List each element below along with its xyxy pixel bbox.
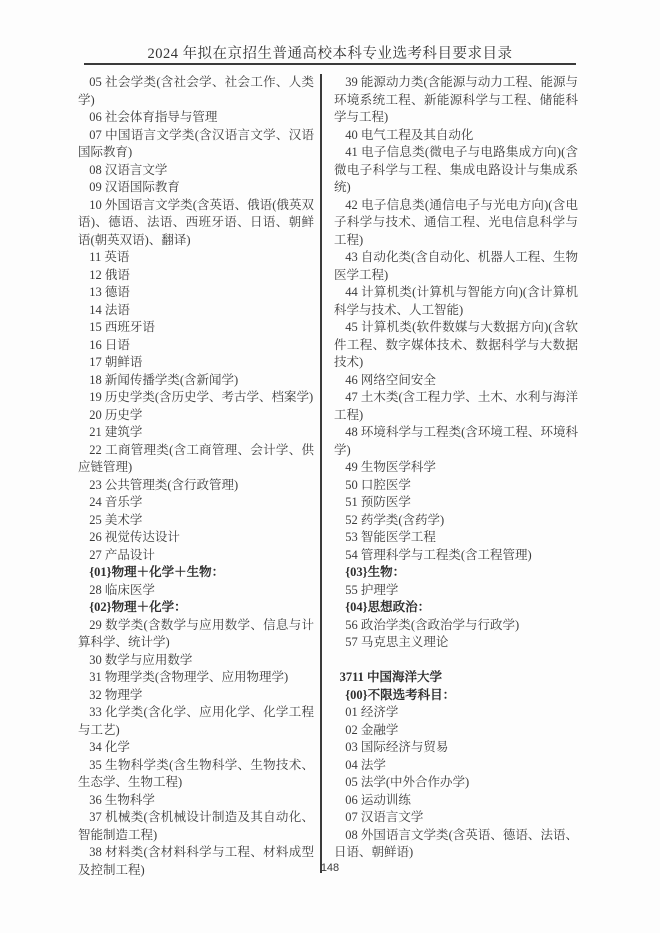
list-item: 19 历史学类(含历史学、考古学、档案学) xyxy=(78,389,314,407)
list-item: 39 能源动力类(含能源与动力工程、能源与环境系统工程、新能源科学与工程、储能科… xyxy=(334,74,578,127)
list-item: 06 运动训练 xyxy=(334,792,578,810)
list-item: 52 药学类(含药学) xyxy=(334,512,578,530)
list-item: 47 土木类(含工程力学、土木、水利与海洋工程) xyxy=(334,389,578,424)
column-right: 39 能源动力类(含能源与动力工程、能源与环境系统工程、新能源科学与工程、储能科… xyxy=(334,74,578,862)
list-item: 31 物理学类(含物理学、应用物理学) xyxy=(78,669,314,687)
list-item: 57 马克思主义理论 xyxy=(334,634,578,652)
list-item: 44 计算机类(计算机与智能方向)(含计算机科学与技术、人工智能) xyxy=(334,284,578,319)
blank-line xyxy=(334,652,578,670)
list-item: 05 法学(中外合作办学) xyxy=(334,774,578,792)
content-columns: 05 社会学类(含社会学、社会工作、人类学)06 社会体育指导与管理07 中国语… xyxy=(78,74,578,879)
list-item: {01}物理＋化学＋生物： xyxy=(78,564,314,582)
list-item: 35 生物科学类(含生物科学、生物技术、生态学、生物工程) xyxy=(78,757,314,792)
list-item: 23 公共管理类(含行政管理) xyxy=(78,477,314,495)
list-item: 01 经济学 xyxy=(334,704,578,722)
list-item: 24 音乐学 xyxy=(78,494,314,512)
list-item: 12 俄语 xyxy=(78,267,314,285)
list-item: 45 计算机类(软件数媒与大数据方向)(含软件工程、数字媒体技术、数据科学与大数… xyxy=(334,319,578,372)
list-item: 33 化学类(含化学、应用化学、化学工程与工艺) xyxy=(78,704,314,739)
list-item: 03 国际经济与贸易 xyxy=(334,739,578,757)
list-item: 41 电子信息类(微电子与电路集成方向)(含微电子科学与工程、集成电路设计与集成… xyxy=(334,144,578,197)
list-item: 53 智能医学工程 xyxy=(334,529,578,547)
list-item: 04 法学 xyxy=(334,757,578,775)
list-item: 50 口腔医学 xyxy=(334,477,578,495)
column-divider-rule xyxy=(320,74,322,873)
list-item: 48 环境科学与工程类(含环境工程、环境科学) xyxy=(334,424,578,459)
list-item: 3711 中国海洋大学 xyxy=(334,669,578,687)
list-item: 55 护理学 xyxy=(334,582,578,600)
list-item: 08 汉语言文学 xyxy=(78,162,314,180)
list-item: 54 管理科学与工程类(含工程管理) xyxy=(334,547,578,565)
list-item: 42 电子信息类(通信电子与光电方向)(含电子科学与技术、通信工程、光电信息科学… xyxy=(334,197,578,250)
list-item: 56 政治学类(含政治学与行政学) xyxy=(334,617,578,635)
list-item: 09 汉语国际教育 xyxy=(78,179,314,197)
list-item: 15 西班牙语 xyxy=(78,319,314,337)
list-item: 05 社会学类(含社会学、社会工作、人类学) xyxy=(78,74,314,109)
list-item: 02 金融学 xyxy=(334,722,578,740)
list-item: 08 外国语言文学类(含英语、德语、法语、日语、朝鲜语) xyxy=(334,827,578,862)
list-item: 17 朝鲜语 xyxy=(78,354,314,372)
list-item: 43 自动化类(含自动化、机器人工程、生物医学工程) xyxy=(334,249,578,284)
list-item: {02}物理＋化学： xyxy=(78,599,314,617)
list-item: {04}思想政治： xyxy=(334,599,578,617)
list-item: 27 产品设计 xyxy=(78,547,314,565)
list-item: 26 视觉传达设计 xyxy=(78,529,314,547)
list-item: 32 物理学 xyxy=(78,687,314,705)
column-left: 05 社会学类(含社会学、社会工作、人类学)06 社会体育指导与管理07 中国语… xyxy=(78,74,314,879)
list-item: 11 英语 xyxy=(78,249,314,267)
list-item: {03}生物： xyxy=(334,564,578,582)
list-item: 14 法语 xyxy=(78,302,314,320)
page-title: 2024 年拟在京招生普通高校本科专业选考科目要求目录 xyxy=(84,42,576,63)
list-item: 16 日语 xyxy=(78,337,314,355)
list-item: 21 建筑学 xyxy=(78,424,314,442)
list-item: 34 化学 xyxy=(78,739,314,757)
list-item: 07 中国语言文学类(含汉语言文学、汉语国际教育) xyxy=(78,127,314,162)
title-divider-rule xyxy=(84,63,576,65)
list-item: 51 预防医学 xyxy=(334,494,578,512)
list-item: 29 数学类(含数学与应用数学、信息与计算科学、统计学) xyxy=(78,617,314,652)
list-item: 10 外国语言文学类(含英语、俄语(俄英双语)、德语、法语、西班牙语、日语、朝鲜… xyxy=(78,197,314,250)
list-item: 37 机械类(含机械设计制造及其自动化、智能制造工程) xyxy=(78,809,314,844)
list-item: {00}不限选考科目： xyxy=(334,687,578,705)
list-item: 20 历史学 xyxy=(78,407,314,425)
document-page: 2024 年拟在京招生普通高校本科专业选考科目要求目录 05 社会学类(含社会学… xyxy=(0,0,660,933)
list-item: 36 生物科学 xyxy=(78,792,314,810)
list-item: 28 临床医学 xyxy=(78,582,314,600)
list-item: 07 汉语言文学 xyxy=(334,809,578,827)
list-item: 25 美术学 xyxy=(78,512,314,530)
list-item: 18 新闻传播学类(含新闻学) xyxy=(78,372,314,390)
page-number: 148 xyxy=(0,862,660,874)
list-item: 49 生物医学科学 xyxy=(334,459,578,477)
list-item: 30 数学与应用数学 xyxy=(78,652,314,670)
list-item: 22 工商管理类(含工商管理、会计学、供应链管理) xyxy=(78,442,314,477)
list-item: 46 网络空间安全 xyxy=(334,372,578,390)
list-item: 06 社会体育指导与管理 xyxy=(78,109,314,127)
list-item: 40 电气工程及其自动化 xyxy=(334,127,578,145)
list-item: 13 德语 xyxy=(78,284,314,302)
